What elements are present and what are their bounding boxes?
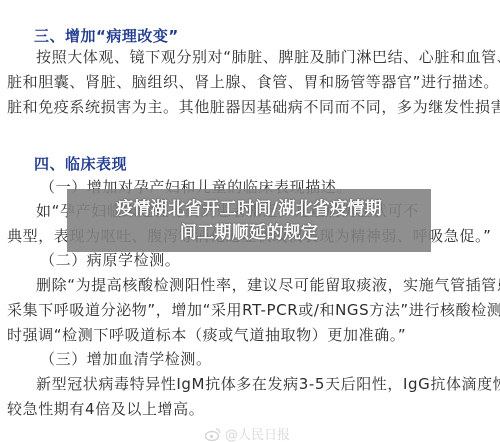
section-3-line-3: 脏和免疫系统损害为主。其他脏器因基础病不同而不同，多为继发性损害。: [7, 98, 495, 116]
section-3-line-2: 脏和胆囊、肾脏、脑组织、肾上腺、食管、胃和肠管等器官”进行描述。以肺: [7, 73, 495, 91]
subsection-2-line-3: 时强调“检测下呼吸道标本（痰或气道抽取物）更加准确。”: [7, 326, 495, 344]
subsection-3-line-2: 较急性期有4倍及以上增高。: [7, 400, 495, 418]
subsection-3-title: （三）增加血清学检测。: [40, 350, 500, 368]
weibo-watermark: @人民日报: [205, 424, 290, 442]
weibo-icon: [205, 427, 221, 441]
subsection-2-title: （二）病原学检测。: [40, 251, 500, 269]
overlay-title-line-1: 疫情湖北省开工时间/湖北省疫情期: [116, 197, 382, 221]
title-overlay-banner: 疫情湖北省开工时间/湖北省疫情期 间工期顺延的规定: [67, 189, 431, 252]
watermark-text: @人民日报: [225, 424, 290, 442]
overlay-title-line-2: 间工期顺延的规定: [180, 221, 318, 245]
section-4-heading: 四、临床表现: [34, 155, 127, 173]
section-3-line-1: 按照大体观、镜下观分别对“肺脏、脾脏及肺门淋巴结、心脏和血管、肝: [36, 48, 496, 66]
subsection-2-line-1: 删除“为提高核酸检测阳性率，建议尽可能留取痰液，实施气管插管患者: [36, 276, 496, 294]
section-3-heading: 三、增加“病理改变”: [34, 27, 179, 45]
subsection-3-line-1: 新型冠状病毒特异性IgM抗体多在发病3-5天后阳性，IgG抗体滴度恢复期: [36, 375, 496, 393]
subsection-2-line-2: 采集下呼吸道分泌物”，增加“采用RT-PCR或/和NGS方法”进行核酸检测，同: [7, 301, 495, 319]
